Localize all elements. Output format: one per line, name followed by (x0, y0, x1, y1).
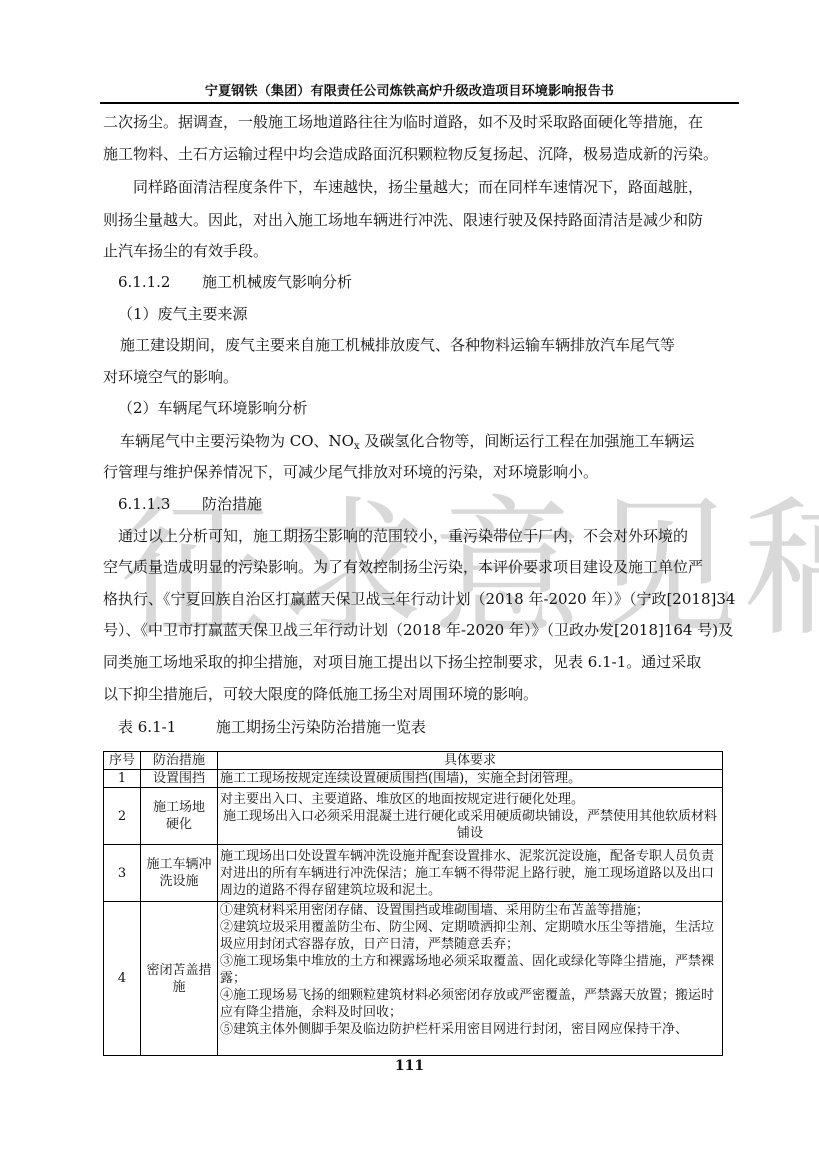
table-title: 施工期扬尘污染防治措施一览表 (216, 718, 426, 736)
requirement-item-5: ⑤建筑主体外侧脚手架及临边防护栏杆采用密目网进行封闭，密目网应保持干净、 (220, 1021, 720, 1038)
paragraph-line: 以下抑尘措施后，可较大限度的降低施工扬尘对周围环境的影响。 (103, 684, 538, 704)
paragraph-line: 同类施工场地采取的抑尘措施，对项目施工提出以下扬尘控制要求，见表 6.1-1。通… (103, 652, 701, 672)
section-title: 防治措施 (202, 495, 262, 513)
section-heading-6-1-1-3: 6.1.1.3 防治措施 (118, 494, 262, 514)
table-row: 4 密闭苫盖措施 ①建筑材料采用密闭存储、设置围挡或堆砌围墙、采用防尘布苫盖等措… (104, 902, 723, 1056)
table-row: 3 施工车辆冲洗设施 施工现场出口处设置车辆冲洗设施并配套设置排水、泥浆沉淀设施… (104, 845, 723, 902)
requirement-item-4: ④施工现场易飞扬的细颗粒建筑材料必须密闭存放或严密覆盖，严禁露天放置；搬运时应有… (220, 987, 720, 1021)
dust-control-measures-table: 序号 防治措施 具体要求 1 设置围挡 施工工现场按规定连续设置硬质围挡(围墙)… (103, 751, 723, 1056)
paragraph-line: 止汽车扬尘的有效手段。 (103, 241, 268, 261)
report-header-title: 宁夏钢铁（集团）有限责任公司炼铁高炉升级改造项目环境影响报告书 (0, 80, 819, 99)
paragraph-line: 空气质量造成明显的污染影响。为了有效控制扬尘污染，本评价要求项目建设及施工单位严 (103, 557, 703, 577)
paragraph-line: 施工建设期间，废气主要来自施工机械排放废气、各种物料运输车辆排放汽车尾气等 (120, 335, 675, 355)
row-no: 1 (104, 770, 141, 788)
section-number: 6.1.1.3 (118, 495, 170, 513)
text-run: 及碳氢化合物等，间断运行工程在加强施工车辆运 (360, 432, 695, 450)
paragraph-line: 格执行、《宁夏回族自治区打赢蓝天保卫战三年行动计划（2018 年-2020 年）… (103, 589, 735, 609)
section-heading-6-1-1-2: 6.1.1.2 施工机械废气影响分析 (118, 272, 352, 292)
row-no: 3 (104, 845, 141, 902)
paragraph-line: 施工物料、土石方运输过程中均会造成路面沉积颗粒物反复扬起、沉降，极易造成新的污染… (103, 144, 718, 164)
page-number: 111 (0, 1058, 819, 1074)
row-measure: 施工车辆冲洗设施 (141, 845, 218, 902)
requirement-item-3: ③施工现场集中堆放的土方和裸露场地必须采取覆盖、固化或绿化等降尘措施，严禁裸露； (220, 953, 720, 987)
table-caption: 表 6.1-1 施工期扬尘污染防治措施一览表 (118, 717, 426, 737)
header-divider (100, 102, 739, 104)
paragraph-line: 车辆尾气中主要污染物为 CO、NOx 及碳氢化合物等，间断运行工程在加强施工车辆… (120, 431, 694, 457)
header-measure: 防治措施 (141, 752, 218, 770)
row-requirement: 施工现场出口处设置车辆冲洗设施并配套设置排水、泥浆沉淀设施，配备专职人员负责对进… (218, 845, 723, 902)
text-run: 车辆尾气中主要污染物为 CO、NO (120, 432, 354, 450)
row-measure: 施工场地硬化 (141, 788, 218, 845)
row-requirements: 对主要出入口、主要道路、堆放区的地面按规定进行硬化处理。 施工现场出入口必须采用… (218, 788, 723, 845)
table-row: 2 施工场地硬化 对主要出入口、主要道路、堆放区的地面按规定进行硬化处理。 施工… (104, 788, 723, 845)
paragraph-line: 通过以上分析可知，施工期扬尘影响的范围较小，重污染带位于厂内，不会对外环境的 (118, 526, 688, 546)
requirement-line: 对主要出入口、主要道路、堆放区的地面按规定进行硬化处理。 (220, 791, 720, 808)
section-title: 施工机械废气影响分析 (202, 273, 352, 291)
paragraph-line: 同样路面清洁程度条件下，车速越快，扬尘量越大；而在同样车速情况下，路面越脏， (133, 177, 703, 197)
table-row: 1 设置围挡 施工工现场按规定连续设置硬质围挡(围墙)，实施全封闭管理。 (104, 770, 723, 788)
row-measure: 密闭苫盖措施 (141, 902, 218, 1056)
requirement-item-1: ①建筑材料采用密闭存储、设置围挡或堆砌围墙、采用防尘布苫盖等措施； (220, 902, 720, 919)
requirement-line: 施工现场出入口必须采用混凝土进行硬化或采用硬质砌块铺设，严禁使用其他软质材料铺设 (220, 808, 720, 842)
section-number: 6.1.1.2 (118, 273, 170, 291)
row-requirement: 施工工现场按规定连续设置硬质围挡(围墙)，实施全封闭管理。 (218, 770, 723, 788)
paragraph-line: 则扬尘量越大。因此，对出入施工场地车辆进行冲洗、限速行驶及保持路面清洁是减少和防 (103, 210, 703, 230)
row-no: 2 (104, 788, 141, 845)
row-no: 4 (104, 902, 141, 1056)
row-measure: 设置围挡 (141, 770, 218, 788)
paragraph-line: 号）、《中卫市打赢蓝天保卫战三年行动计划（2018 年-2020 年）》（卫政办… (103, 620, 733, 640)
paragraph-line: 二次扬尘。据调查，一般施工场地道路往往为临时道路，如不及时采取路面硬化等措施，在 (103, 112, 703, 132)
header-requirements: 具体要求 (218, 752, 723, 770)
header-no: 序号 (104, 752, 141, 770)
subheading-exhaust-source: （1）废气主要来源 (118, 304, 248, 324)
table-header-row: 序号 防治措施 具体要求 (104, 752, 723, 770)
paragraph-line: 行管理与维护保养情况下，可减少尾气排放对环境的污染，对环境影响小。 (103, 462, 598, 482)
paragraph-line: 对环境空气的影响。 (103, 367, 238, 387)
subheading-vehicle-exhaust: （2）车辆尾气环境影响分析 (118, 398, 308, 418)
table-number: 表 6.1-1 (118, 718, 176, 736)
row-requirements: ①建筑材料采用密闭存储、设置围挡或堆砌围墙、采用防尘布苫盖等措施； ②建筑垃圾采… (218, 902, 723, 1056)
requirement-item-2: ②建筑垃圾采用覆盖防尘布、防尘网、定期喷洒抑尘剂、定期喷水压尘等措施，生活垃圾应… (220, 919, 720, 953)
